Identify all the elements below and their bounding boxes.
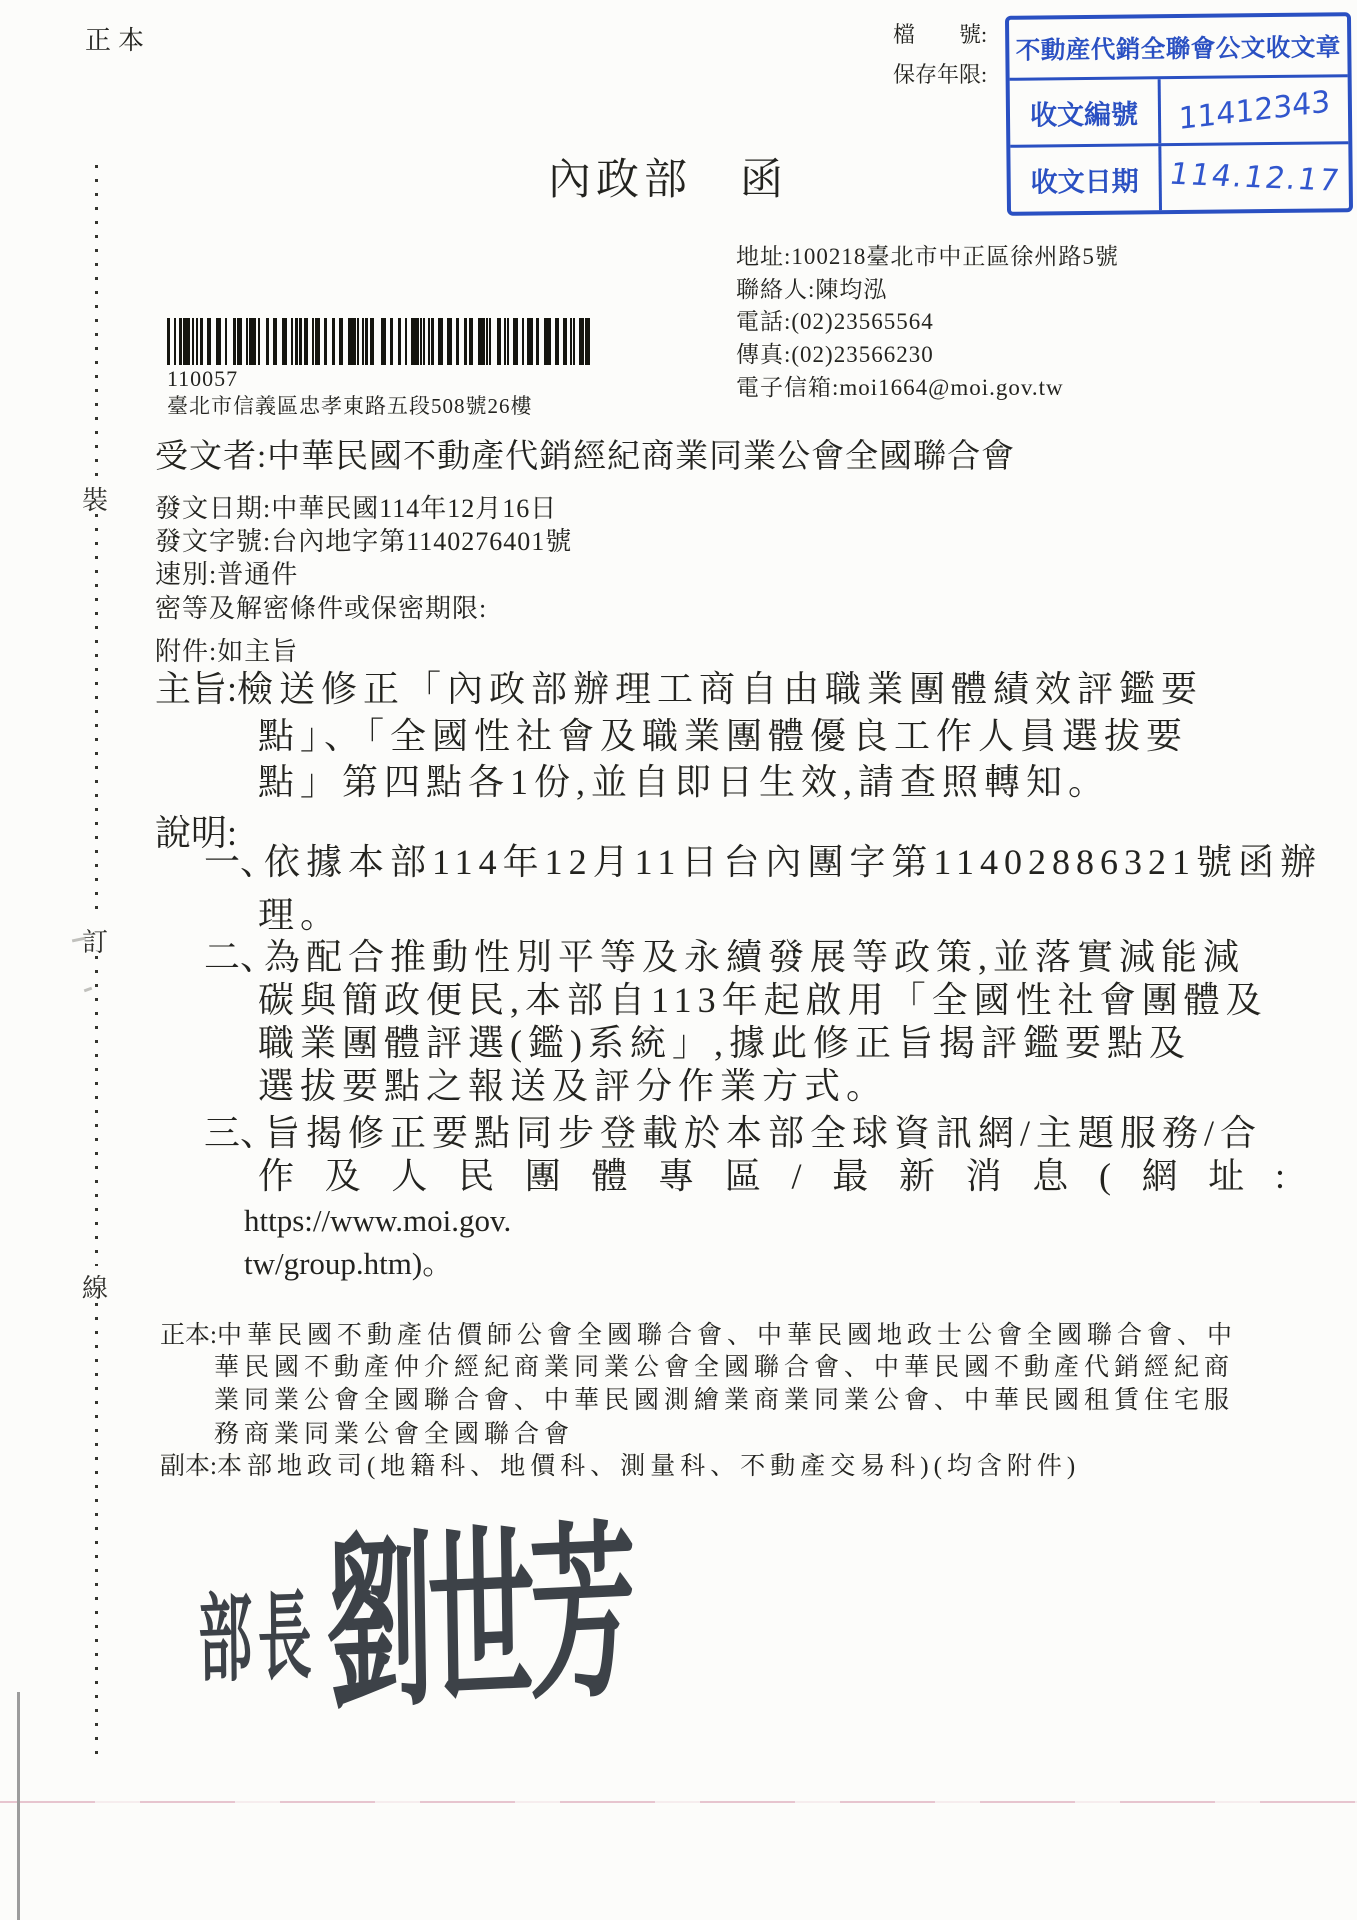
explanation-item-2-line: 碳與簡政便民,本部自113年起啟用「全國性社會團體及: [258, 979, 1268, 1021]
moi-url-line: https://www.moi.gov.: [244, 1203, 511, 1240]
phone-line: 電話:(02)23565564: [736, 308, 934, 335]
file-number-label: 檔 號:: [893, 22, 987, 48]
original-recipients-line: 業同業公會全國聯合會、中華民國測繪業商業同業公會、中華民國租賃住宅服: [214, 1386, 1234, 1416]
minister-title-calligraphy: 部長: [198, 1588, 318, 1688]
binding-dotted-line: [95, 956, 98, 1266]
copy-recipients-line: 副本:本部地政司(地籍科、地價科、測量科、不動產交易科)(均含附件): [160, 1452, 1080, 1482]
security-line: 密等及解密條件或保密期限:: [155, 594, 487, 625]
explanation-item-1-line: 理。: [258, 894, 342, 936]
original-recipients-line: 務商業同業公會全國聯合會: [214, 1420, 574, 1450]
explanation-item-3: 三、旨揭修正要點同步登載於本部全球資訊網/主題服務/合: [204, 1112, 1262, 1154]
barcode-number: 110057: [167, 366, 238, 392]
retention-period-label: 保存年限:: [893, 62, 987, 88]
original-label: 正本:: [160, 1322, 217, 1349]
receipt-date-handwritten: 114.12.17: [1167, 156, 1344, 198]
copy-type-label: 正本: [85, 26, 151, 57]
subject-label: 主旨:: [155, 669, 237, 709]
scanned-official-letter: 正本 檔 號: 保存年限: 不動産代銷全聯會公文收文章 收文編號 1141234…: [0, 0, 1357, 1920]
receipt-number-row: 收文編號 11412343: [1010, 74, 1349, 145]
receipt-stamp-title: 不動産代銷全聯會公文收文章: [1009, 16, 1348, 78]
scan-edge-line: [17, 1692, 20, 1920]
subject-line: 點」第四點各1份,並自即日生效,請查照轉知。: [258, 761, 1110, 803]
explanation-item-2-line: 選拔要點之報送及評分作業方式。: [258, 1065, 888, 1107]
pencil-mark: [84, 987, 93, 993]
doc-number-line: 發文字號:台內地字第1140276401號: [155, 527, 572, 558]
document-title: 內政部 函: [548, 156, 788, 207]
barcode: [167, 318, 593, 365]
recipient-line: 受文者:中華民國不動產代銷經紀商業同業公會全國聯合會: [155, 438, 1015, 477]
issue-date-line: 發文日期:中華民國114年12月16日: [155, 494, 557, 525]
attachment-line: 附件:如主旨: [155, 637, 298, 668]
email-line: 電子信箱:moi1664@moi.gov.tw: [736, 374, 1064, 401]
scan-artifact-line: [0, 1801, 1357, 1803]
priority-line: 速別:普通件: [155, 560, 298, 591]
recipient-mailing-address: 臺北市信義區忠孝東路五段508號26樓: [167, 394, 533, 419]
moi-url-line: tw/group.htm)。: [244, 1246, 453, 1283]
explanation-item-2: 二、為配合推動性別平等及永續發展等政策,並落實減能減: [204, 936, 1245, 978]
receipt-number-handwritten: 11412343: [1178, 84, 1330, 137]
original-recipients-line: 正本:中華民國不動產估價師公會全國聯合會、中華民國地政士公會全國聯合會、中: [160, 1321, 1237, 1351]
explanation-item-2-line: 職業團體評選(鑑)系統」,據此修正旨揭評鑑要點及: [258, 1022, 1191, 1064]
fax-line: 傳真:(02)23566230: [736, 341, 934, 368]
binding-dotted-line: [95, 1303, 98, 1762]
sender-address-line: 地址:100218臺北市中正區徐州路5號: [736, 243, 1119, 270]
binding-char-xian: 線: [82, 1268, 108, 1305]
receipt-stamp: 不動産代銷全聯會公文收文章 收文編號 11412343 收文日期 114.12.…: [1005, 12, 1353, 216]
binding-char-ding: 訂: [82, 922, 108, 959]
binding-char-zhuang: 裝: [82, 480, 108, 517]
minister-signature-calligraphy: 劉世芳: [325, 1518, 632, 1720]
receipt-date-label: 收文日期: [1010, 146, 1162, 212]
original-recipients-line: 華民國不動產仲介經紀商業同業公會全國聯合會、中華民國不動產代銷經紀商: [214, 1353, 1234, 1383]
receipt-date-row: 收文日期 114.12.17: [1010, 141, 1349, 212]
receipt-number-label: 收文編號: [1010, 79, 1162, 145]
explanation-item-1: 一、依據本部114年12月11日台內團字第11402886321號函辦: [204, 841, 1322, 883]
copy-label: 副本:: [160, 1453, 217, 1480]
subject-line: 主旨:檢送修正「內政部辦理工商自由職業團體績效評鑑要: [155, 668, 1203, 710]
explanation-item-3-line: 作及人民團體專區/最新消息(網址:: [258, 1155, 1285, 1197]
binding-dotted-line: [95, 165, 98, 478]
binding-dotted-line: [95, 514, 98, 920]
contact-person-line: 聯絡人:陳均泓: [736, 276, 887, 303]
subject-line: 點」、「全國性社會及職業團體優良工作人員選拔要: [258, 715, 1188, 757]
